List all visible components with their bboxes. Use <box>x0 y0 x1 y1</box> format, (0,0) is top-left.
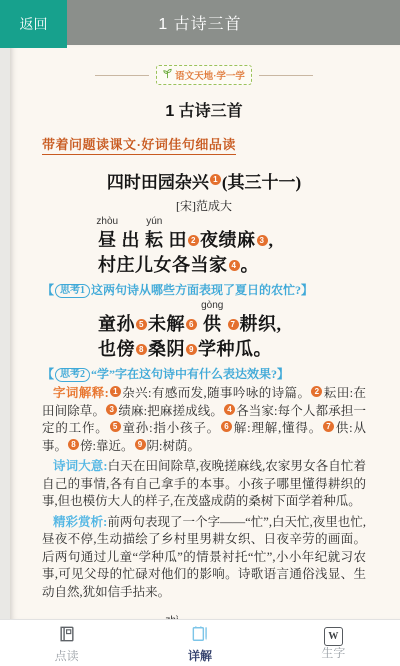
text-run: 学种瓜。 <box>198 339 272 359</box>
section-ribbon: 语文天地·学一学 <box>42 45 366 85</box>
poem-line-2: 村庄儿女各当家4。 <box>98 253 366 278</box>
note-number-badge: 2 <box>188 235 199 246</box>
text-run: 这两句诗从哪些方面表现了夏日的农忙?】 <box>91 283 313 297</box>
text-run: (其三十一) <box>222 173 301 192</box>
text-run: 童孙 <box>98 314 135 334</box>
note-number-badge: 1 <box>110 386 121 397</box>
word-notes-paragraph: 字词解释:1杂兴:有感而发,随事吟咏的诗篇。2耘田:在田间除草。3绩麻:把麻搓成… <box>42 385 366 455</box>
tab-label: 点读 <box>55 650 79 663</box>
top-bar: 返回 1 古诗三首 <box>0 0 400 45</box>
note-number-badge: 6 <box>186 319 197 330</box>
text-run: 四时田园杂兴 <box>107 173 209 192</box>
note-number-badge: 6 <box>221 421 232 432</box>
note-number-badge: 5 <box>136 319 147 330</box>
section-heading: 诗词大意: <box>53 459 108 473</box>
text-run: 傍:靠近。 <box>80 439 133 453</box>
note-number-badge: 5 <box>110 421 121 432</box>
lesson-title: 1 古诗三首 <box>42 98 366 121</box>
ribbon-line-left <box>95 75 149 76</box>
think-label-box: 思考2 <box>55 368 90 382</box>
appreciation-paragraph: 精彩赏析:前两句表现了一个字——“忙”,白天忙,夜里也忙,昼夜不停,生动描绘了乡… <box>42 514 366 602</box>
text-run: 夜绩麻 <box>200 230 256 250</box>
text-run: 。 <box>241 255 260 275</box>
note-number-badge: 4 <box>224 404 235 415</box>
tab-label: 详解 <box>188 650 212 663</box>
poem-title: 四时田园杂兴1(其三十一) <box>42 168 366 193</box>
note-number-badge: 9 <box>186 344 197 355</box>
text-run: , <box>269 230 274 250</box>
section-heading: 字词解释: <box>53 386 109 400</box>
book-icon <box>57 624 77 649</box>
text-run: 田 <box>164 230 188 250</box>
ribbon-badge-label: 语文天地·学一学 <box>175 68 245 82</box>
text-run: 【 <box>42 283 54 297</box>
section-heading: 精彩赏析: <box>53 515 107 529</box>
guide-row: 带着问题读课文·好词佳句细品读 <box>42 134 366 155</box>
text-run: “学”字在这句诗中有什么表达效果?】 <box>91 367 289 381</box>
note-number-badge: 9 <box>135 439 146 450</box>
text-run: 解:理解,懂得。 <box>233 421 322 435</box>
app-window: 返回 1 古诗三首 语文天地·学一学 1 古诗三首 带着问题读课文·好词佳句细品… <box>0 0 400 666</box>
poem-meaning-paragraph: 诗词大意:白天在田间除草,夜晚搓麻线,农家男女各自忙着自己的事情,各有自己拿手的… <box>42 458 366 511</box>
text-run: 绩麻:把麻搓成线。 <box>118 404 223 418</box>
sprout-icon <box>163 68 172 82</box>
note-number-badge: 3 <box>257 235 268 246</box>
tab-detailed-explanation[interactable]: 详解 <box>133 620 266 666</box>
content-area: 语文天地·学一学 1 古诗三首 带着问题读课文·好词佳句细品读 四时田园杂兴1(… <box>0 45 400 620</box>
note-number-badge: 7 <box>228 319 239 330</box>
note-number-badge: 3 <box>106 404 117 415</box>
text-run: 童孙:指小孩子。 <box>122 421 220 435</box>
text-run: 桑阴 <box>148 339 185 359</box>
text-run: 村庄儿女各当家 <box>98 255 228 275</box>
bottom-nav: 点读 详解 W 生字 <box>0 619 400 666</box>
w-document-icon: W <box>324 627 343 646</box>
pinyin-label: zhòu <box>96 217 118 227</box>
note-number-badge: 1 <box>210 174 221 185</box>
text-run: 出 <box>117 230 146 250</box>
think-question-2: 【思考2“学”字在这句诗中有什么表达效果?】 <box>42 367 366 382</box>
back-button[interactable]: 返回 <box>0 0 67 48</box>
ribbon-badge: 语文天地·学一学 <box>156 65 252 85</box>
note-number-badge: 7 <box>323 421 334 432</box>
note-number-badge: 8 <box>136 344 147 355</box>
poem-line-1: zhòu昼 出 yún耘 田2夜绩麻3, <box>98 228 366 253</box>
text-run: 耕织, <box>240 314 282 334</box>
tab-label: 生字 <box>321 647 345 660</box>
ribbon-line-right <box>259 75 313 76</box>
notebook-pencil-icon <box>190 624 210 649</box>
poem-line-3: 童孙5未解6 gòng供 7耕织, <box>98 312 366 337</box>
pinyin-annotated-char: gòng供 <box>203 312 222 337</box>
tab-new-words[interactable]: W 生字 <box>267 620 400 666</box>
note-number-badge: 2 <box>311 386 322 397</box>
think-label-box: 思考1 <box>55 284 90 298</box>
text-run: 杂兴:有感而发,随事吟咏的诗篇。 <box>122 386 311 400</box>
page-title: 1 古诗三首 <box>158 11 241 34</box>
text-run: 未解 <box>148 314 185 334</box>
note-number-badge: 4 <box>229 260 240 271</box>
textbook-page[interactable]: 语文天地·学一学 1 古诗三首 带着问题读课文·好词佳句细品读 四时田园杂兴1(… <box>10 45 400 620</box>
text-run: 也傍 <box>98 339 135 359</box>
poem-line-4: 也傍8桑阴9学种瓜。 <box>98 337 366 362</box>
guide-line: 带着问题读课文·好词佳句细品读 <box>42 134 236 155</box>
poem-author: [宋]范成大 <box>42 197 366 214</box>
pinyin-annotated-char: yún耘 <box>145 228 164 253</box>
text-run: 阴:树荫。 <box>147 439 200 453</box>
pinyin-label: yún <box>146 217 162 227</box>
tab-point-reading[interactable]: 点读 <box>0 620 133 666</box>
text-run <box>222 314 227 334</box>
pinyin-annotated-char: zhòu昼 <box>98 228 117 253</box>
note-number-badge: 8 <box>68 439 79 450</box>
pinyin-label: gòng <box>201 301 223 311</box>
think-question-1: 【思考1这两句诗从哪些方面表现了夏日的农忙?】 <box>42 283 366 298</box>
text-run: 【 <box>42 367 54 381</box>
